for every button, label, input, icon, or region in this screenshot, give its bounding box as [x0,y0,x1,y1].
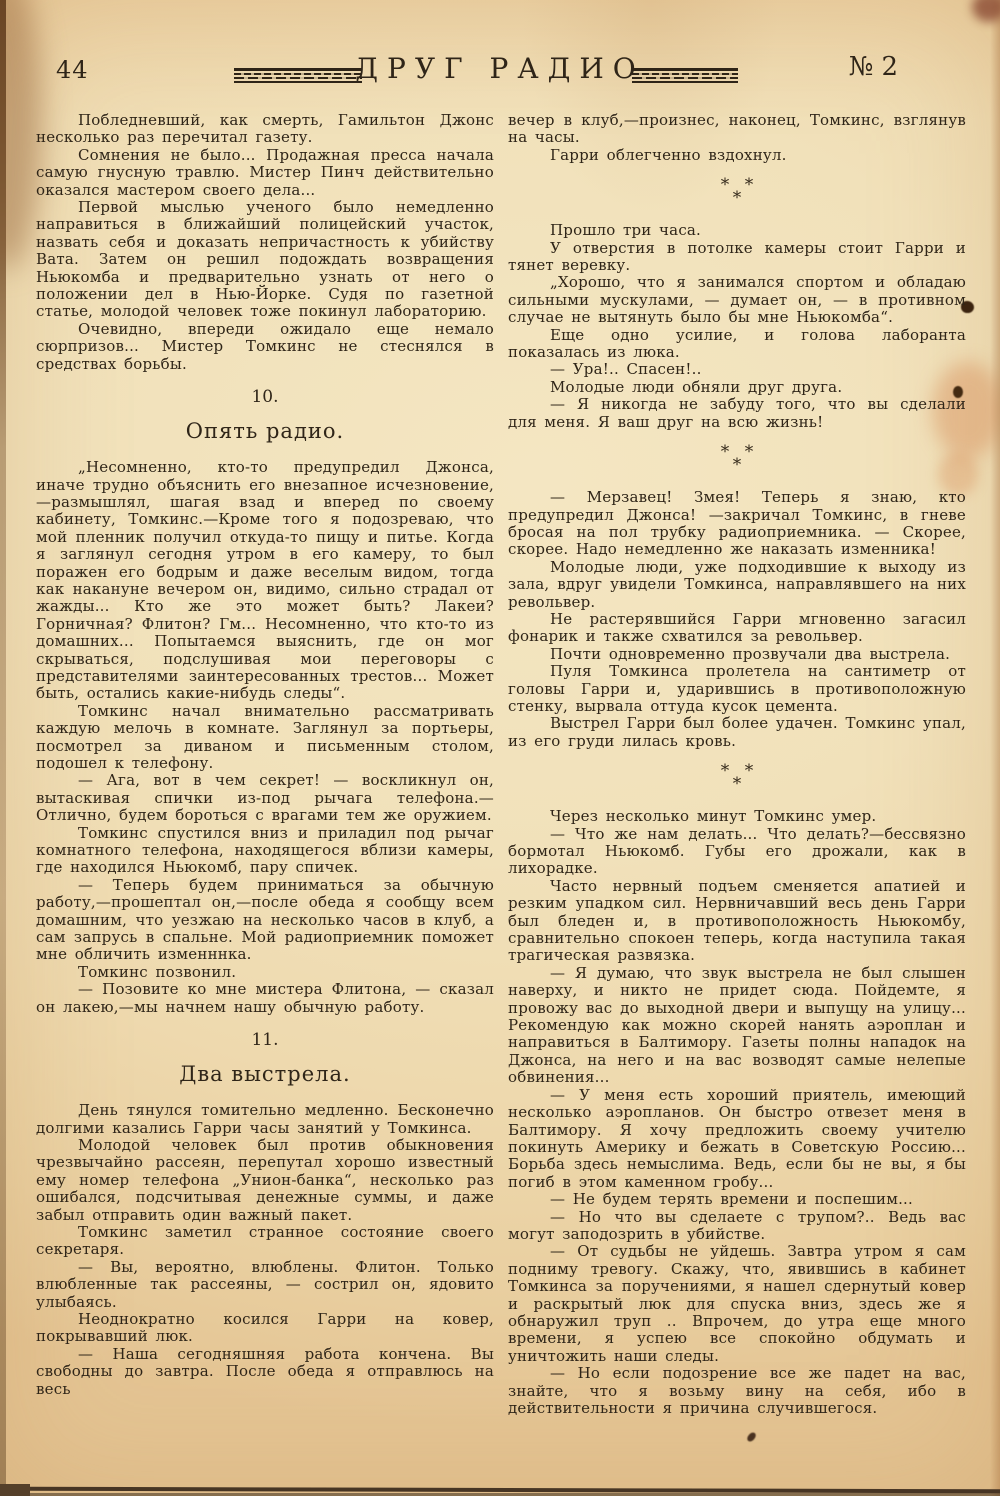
magazine-title: ДРУГ РАДИО [355,52,644,85]
paragraph: Томкинс заметил странное состояние своег… [36,1224,494,1259]
article-body: Побледневший, как смерть, Гамильтон Джон… [36,112,966,1417]
paragraph: — Ага, вот в чем секрет! — воскликнул он… [36,772,494,824]
asterisk-row: * [508,778,966,791]
paragraph: — Не будем терять времени и поспешим... [508,1191,966,1208]
paragraph: — Вы, вероятно, влюблены. Флитон. Только… [36,1259,494,1311]
paragraph: — Но если подозрение все же падет на вас… [508,1365,966,1417]
paragraph: Еще одно усилие, и голова лаборанта пока… [508,327,966,362]
paragraph: Томкинс позвонил. [36,964,494,981]
paragraph: Через несколько минут Томкинс умер. [508,808,966,825]
paragraph: „Несомненно, кто-то предупредил Джонса, … [36,459,494,703]
paragraph: День тянулся томительно медленно. Бескон… [36,1102,494,1137]
paragraph: „Хорошо, что я занимался спортом и облад… [508,274,966,326]
paragraph: Сомнения не было... Продажная пресса нач… [36,147,494,199]
section-title: Два выстрела. [36,1062,494,1086]
paragraph: Молодые люди обняли друг друга. [508,379,966,396]
issue-number: № 2 [849,52,898,82]
paragraph: — Позовите ко мне мистера Флитона, — ска… [36,981,494,1016]
paragraph: Пуля Томкинса пролетела на сантиметр от … [508,663,966,715]
section-number: 11. [36,1030,494,1050]
paragraph: — Теперь будем приниматься за обычную ра… [36,877,494,964]
header-rule-left [234,68,362,83]
paragraph: — У меня есть хороший приятель, имеющий … [508,1087,966,1191]
paper-speck [746,1431,757,1443]
asterisk-divider: * ** [508,765,966,791]
paragraph: Неоднократно косился Гарри на ковер, пок… [36,1311,494,1346]
paragraph: — Я думаю, что звук выстрела не был слыш… [508,965,966,1087]
page-right-edge [990,0,1000,1496]
section-title: Опять радио. [36,419,494,443]
paragraph: Почти одновременно прозвучали два выстре… [508,646,966,663]
page-left-edge [0,0,6,1496]
page-corner-shadow [0,1484,30,1496]
paragraph: Гарри облегченно вздохнул. [508,147,966,164]
paragraph: Побледневший, как смерть, Гамильтон Джон… [36,112,494,147]
paragraph: — От судьбы не уйдешь. Завтра утром я са… [508,1243,966,1365]
paragraph: Молодой человек был против обыкновения ч… [36,1137,494,1224]
header-rule-right [632,68,738,83]
section-number: 10. [36,387,494,407]
page-number: 44 [56,56,89,84]
paragraph: Томкинс спустился вниз и приладил под ры… [36,825,494,877]
paragraph: Очевидно, впереди ожидало еще немало сюр… [36,321,494,373]
paragraph: вечер в клуб,—произнес, наконец, Томкинс… [508,112,966,147]
column-left: Побледневший, как смерть, Гамильтон Джон… [36,112,494,1417]
page-header: 44 ДРУГ РАДИО № 2 [0,50,1000,98]
paragraph: — Мерзавец! Змея! Теперь я знаю, кто пре… [508,489,966,559]
paragraph: — Я никогда не забуду того, что вы сдела… [508,396,966,431]
paragraph: У отверстия в потолке камеры стоит Гарри… [508,240,966,275]
paragraph: Часто нервный подъем сменяется апатией и… [508,878,966,965]
paragraph: Первой мыслью ученого было немедленно на… [36,199,494,321]
paragraph: Молодые люди, уже подходившие к выходу и… [508,559,966,611]
paragraph: Выстрел Гарри был более удачен. Томкинс … [508,715,966,750]
paragraph: — Что же нам делать... Что делать?—бессв… [508,826,966,878]
paragraph: Не растерявшийся Гарри мгновенно загасил… [508,611,966,646]
page-bottom-rule [26,1487,1000,1494]
page-corner-shadow [972,0,1000,22]
paragraph: — Ура!.. Спасен!.. [508,361,966,378]
asterisk-row: * [508,459,966,472]
asterisk-divider: * ** [508,179,966,205]
paragraph: Прошло три часа. [508,222,966,239]
asterisk-divider: * ** [508,446,966,472]
column-right: вечер в клуб,—произнес, наконец, Томкинс… [508,112,966,1417]
magazine-page-scan: 44 ДРУГ РАДИО № 2 Побледневший, как смер… [0,0,1000,1496]
paragraph: — Но что вы сделаете с трупом?.. Ведь ва… [508,1209,966,1244]
asterisk-row: * [508,192,966,205]
paragraph: Томкинс начал внимательно рассматривать … [36,703,494,773]
paragraph: — Наша сегодняшняя работа кончена. Вы св… [36,1346,494,1398]
